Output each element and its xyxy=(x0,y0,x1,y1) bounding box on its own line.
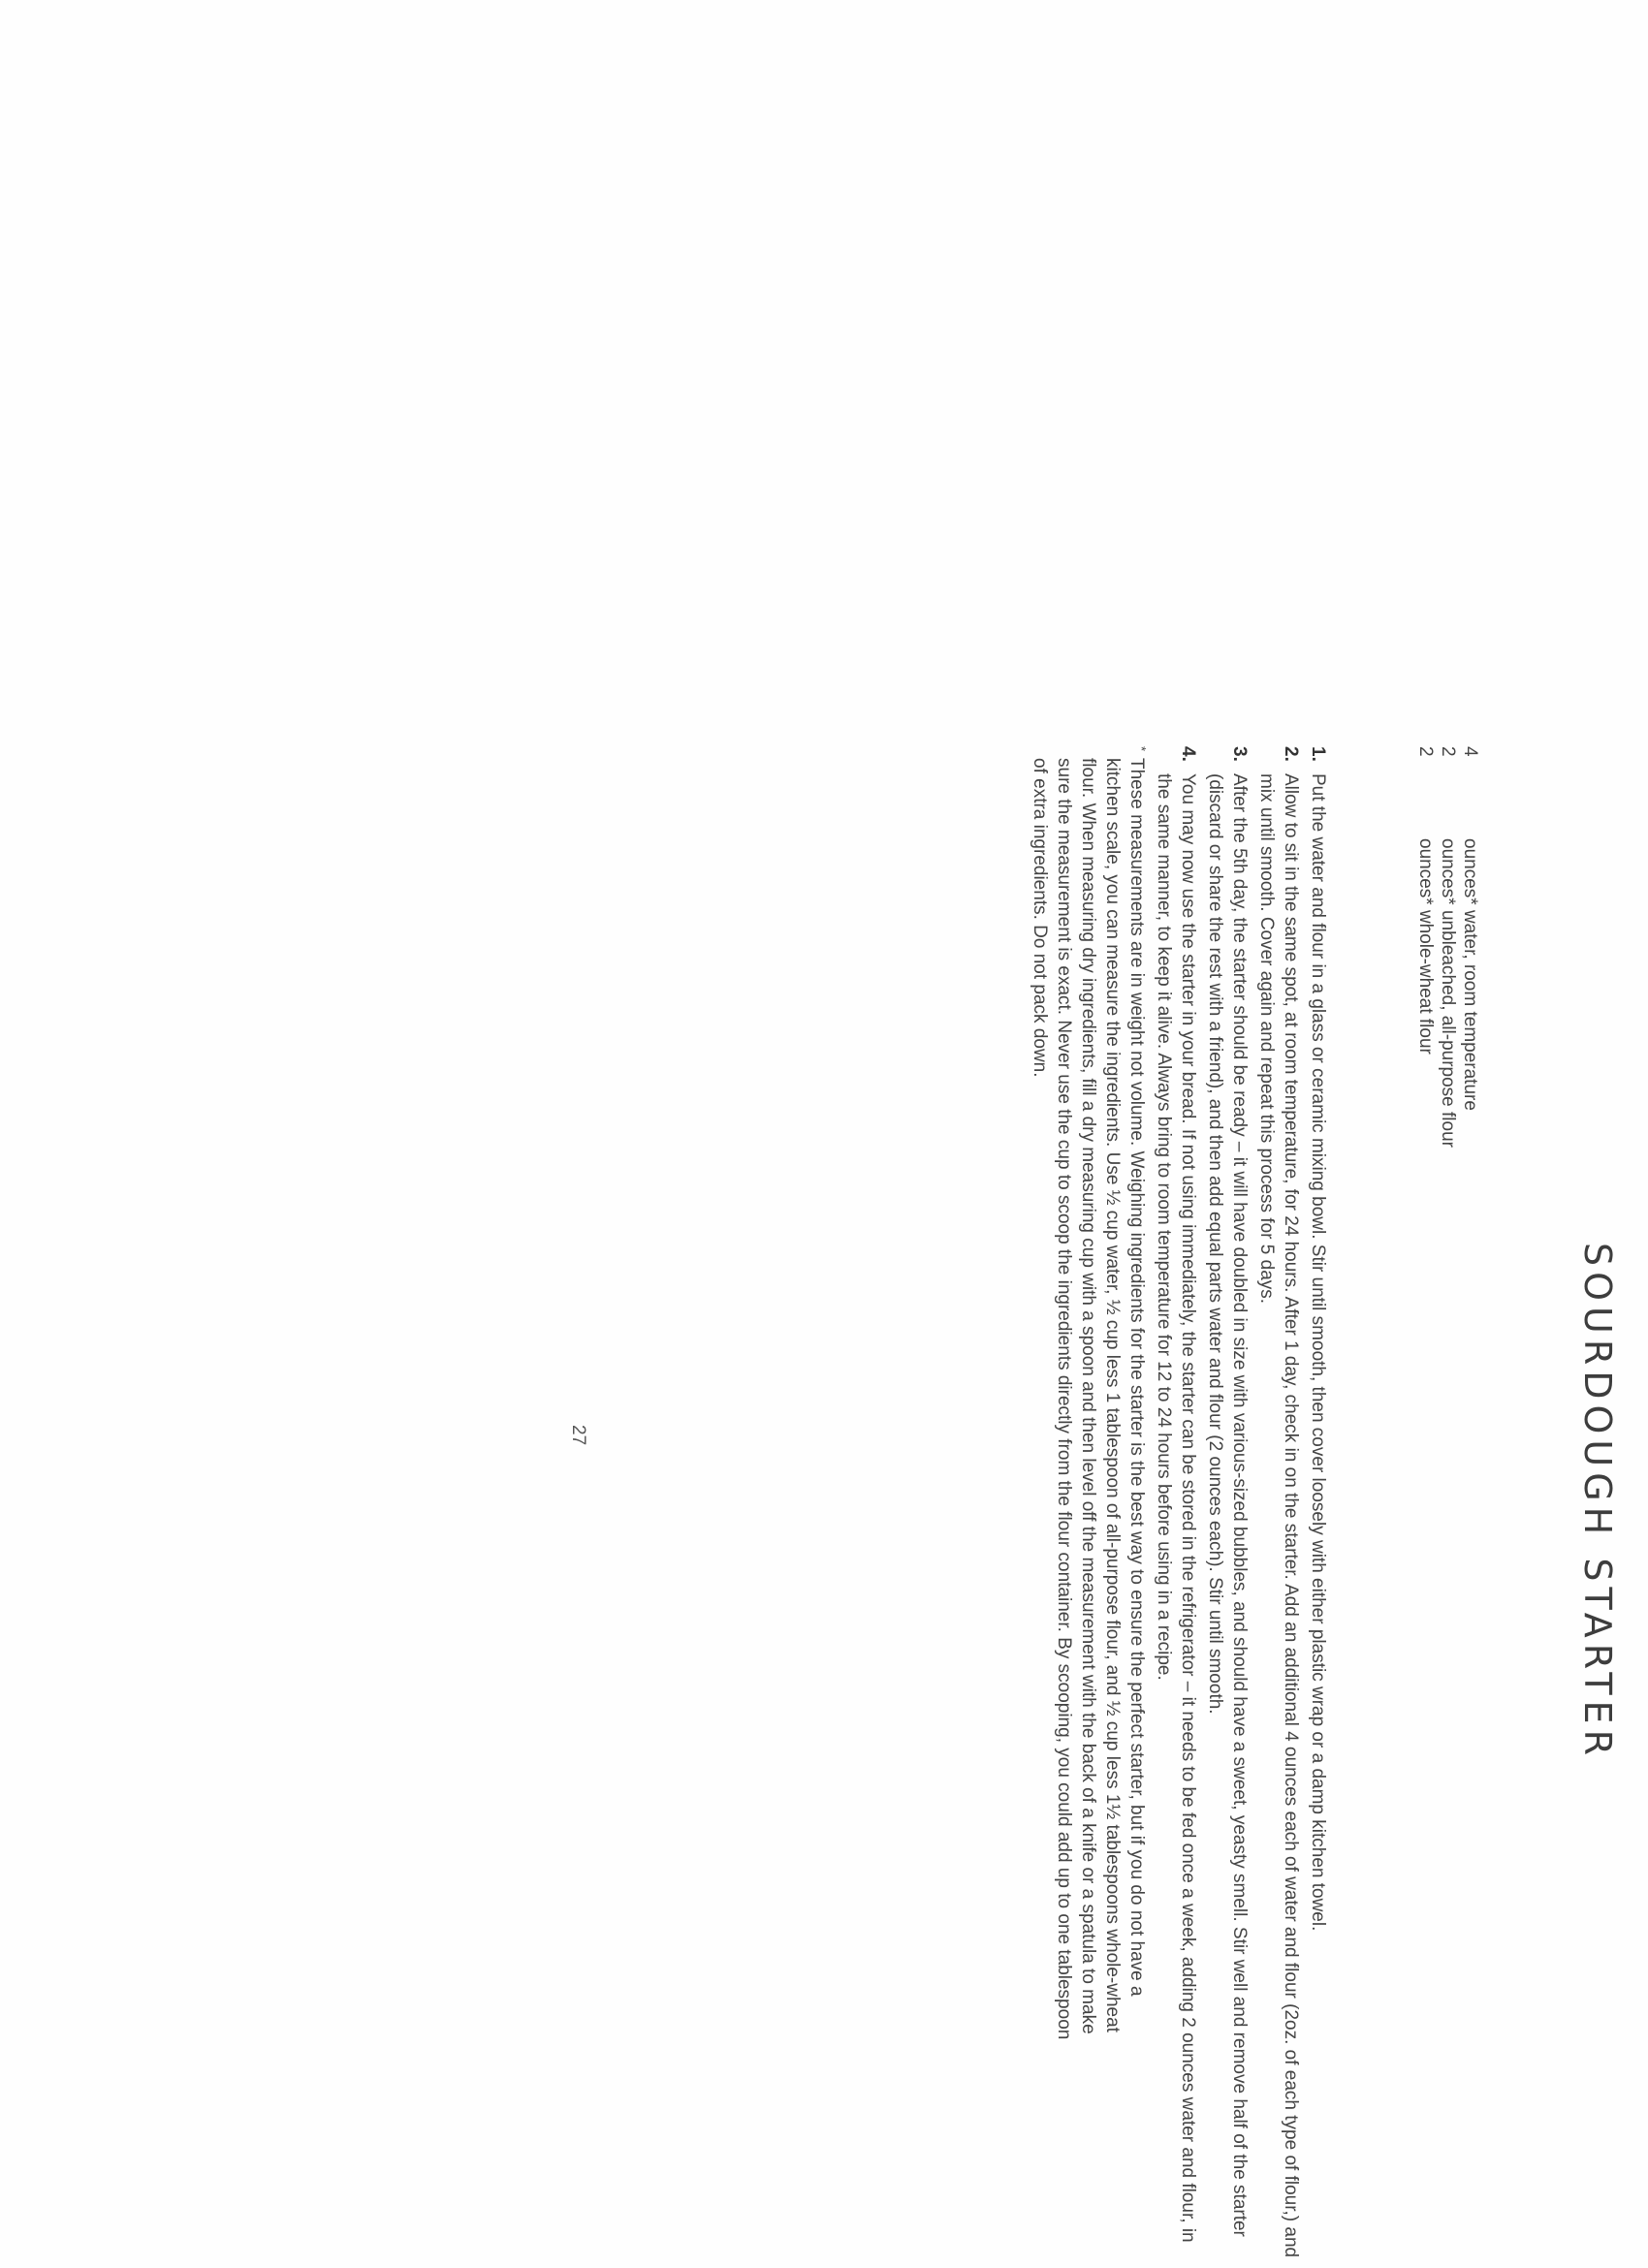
ingredient-quantity: 2 xyxy=(1437,746,1459,838)
instruction-list: 1. Put the water and flour in a glass or… xyxy=(1028,746,1330,2268)
ingredient-item: 4 ounces* water, room temperature xyxy=(1459,746,1481,1522)
step-number: 4. xyxy=(1152,746,1200,773)
instruction-step: 3. After the 5th day, the starter should… xyxy=(1203,746,1252,2268)
instruction-step: 1. Put the water and flour in a glass or… xyxy=(1306,746,1330,2268)
ingredient-quantity: 4 xyxy=(1459,746,1481,838)
footnote-text: These measurements are in weight not vol… xyxy=(1028,758,1149,2268)
page-number: 27 xyxy=(567,1425,588,1445)
footnote-asterisk: * xyxy=(1028,746,1149,758)
ingredient-quantity: 2 xyxy=(1414,746,1437,838)
step-number: 2. xyxy=(1254,746,1303,773)
ingredient-list: 4 ounces* water, room temperature 2 ounc… xyxy=(1414,746,1481,1522)
measurement-footnote: * These measurements are in weight not v… xyxy=(1028,746,1149,2268)
ingredient-text: ounces* unbleached, all-purpose flour xyxy=(1437,838,1459,1148)
instruction-step: 2. Allow to sit in the same spot, at roo… xyxy=(1254,746,1303,2268)
step-text: After the 5th day, the starter should be… xyxy=(1203,773,1252,2268)
ingredient-text: ounces* water, room temperature xyxy=(1459,838,1481,1111)
step-text: Put the water and flour in a glass or ce… xyxy=(1306,773,1330,2268)
recipe-title: SOURDOUGH STARTER xyxy=(1576,1243,1619,1761)
step-number: 3. xyxy=(1203,746,1252,773)
ingredient-item: 2 ounces* unbleached, all-purpose flour xyxy=(1437,746,1459,1522)
ingredient-text: ounces* whole-wheat flour xyxy=(1414,838,1437,1055)
step-text: You may now use the starter in your brea… xyxy=(1152,773,1200,2268)
ingredient-item: 2 ounces* whole-wheat flour xyxy=(1414,746,1437,1522)
step-text: Allow to sit in the same spot, at room t… xyxy=(1254,773,1303,2268)
recipe-page: SOURDOUGH STARTER 4 ounces* water, room … xyxy=(0,0,1648,2268)
instruction-step: 4. You may now use the starter in your b… xyxy=(1152,746,1200,2268)
step-number: 1. xyxy=(1306,746,1330,773)
